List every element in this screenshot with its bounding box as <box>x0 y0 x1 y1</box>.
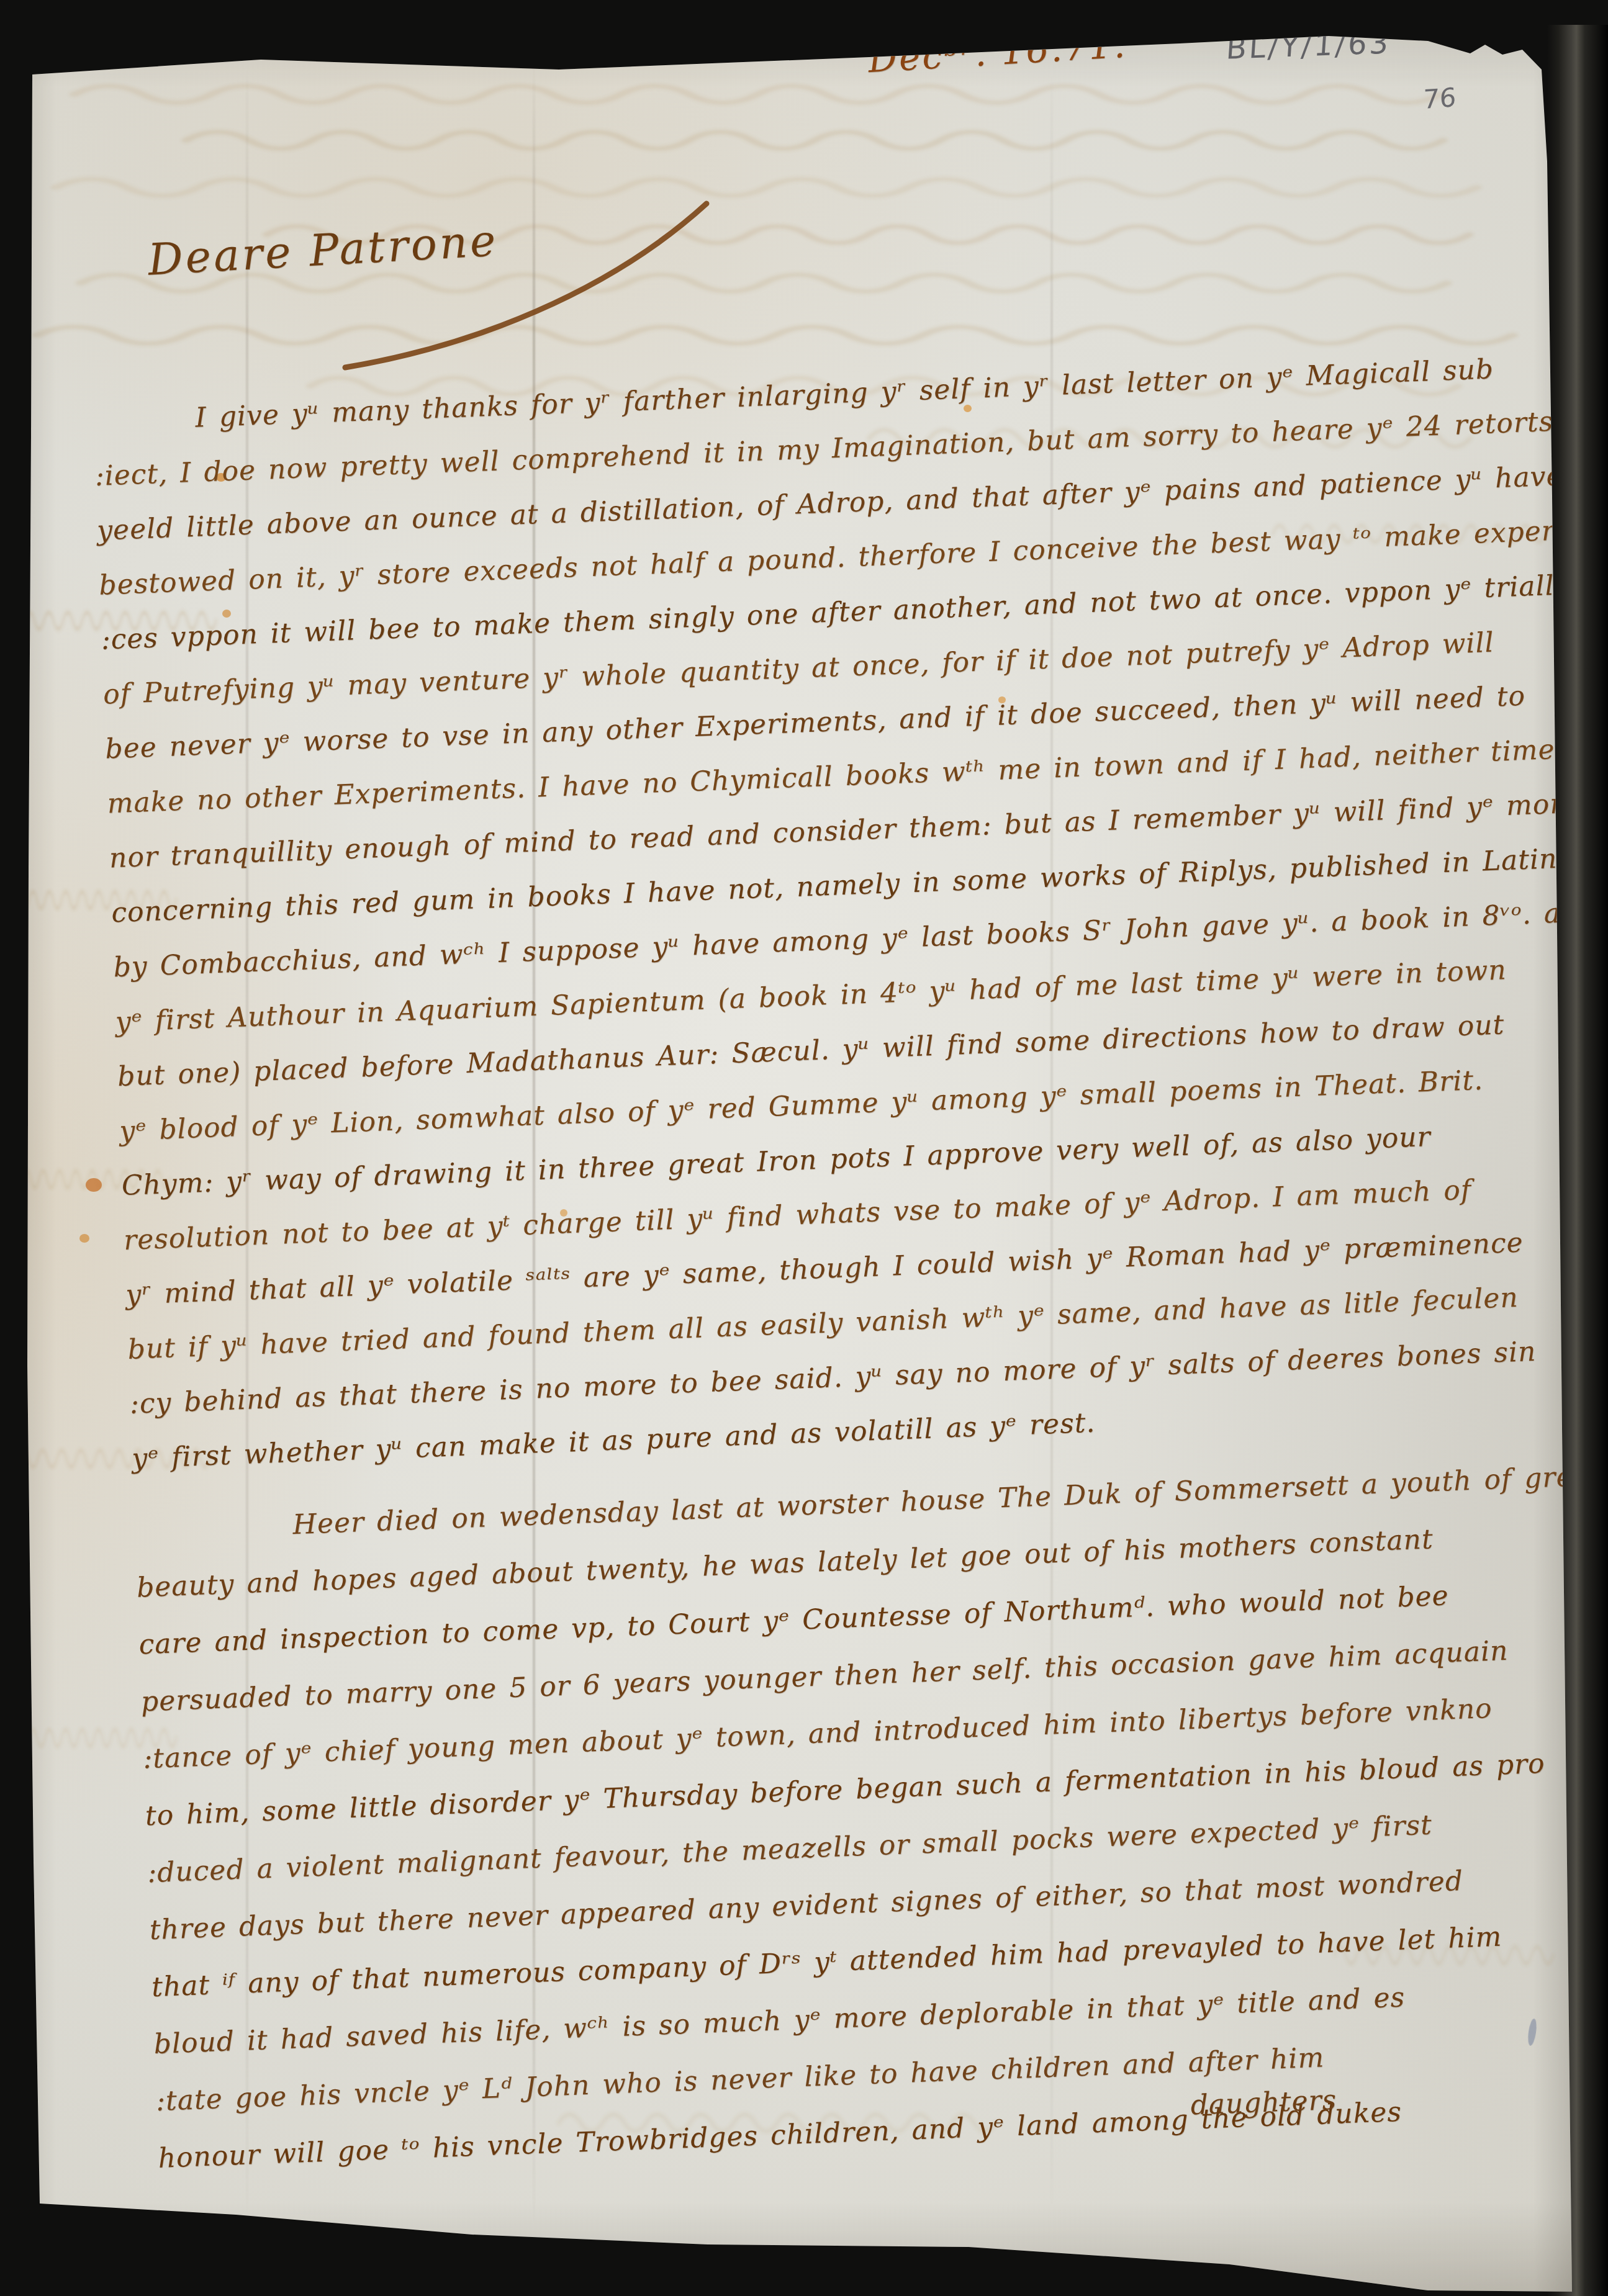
letter-body: I give yᵘ many thanks for yʳ farther inl… <box>92 340 1608 2187</box>
rust-stain <box>86 1178 102 1192</box>
catchword: daughters <box>1190 2084 1337 2122</box>
rust-stain <box>79 1234 89 1243</box>
manuscript-photo: BL/Y/1/63 76 Decᵇʳ. 16.71. Deare Patrone… <box>0 0 1608 2296</box>
paragraph-alchemy: I give yᵘ many thanks for yʳ farther inl… <box>92 340 1591 1487</box>
archival-shelfmark: BL/Y/1/63 <box>1225 25 1392 66</box>
folio-number: 76 <box>1423 82 1457 115</box>
letter-page: BL/Y/1/63 76 Decᵇʳ. 16.71. Deare Patrone… <box>0 0 1608 2296</box>
paragraph-news: Heer died on wedensday last at worster h… <box>133 1448 1608 2187</box>
